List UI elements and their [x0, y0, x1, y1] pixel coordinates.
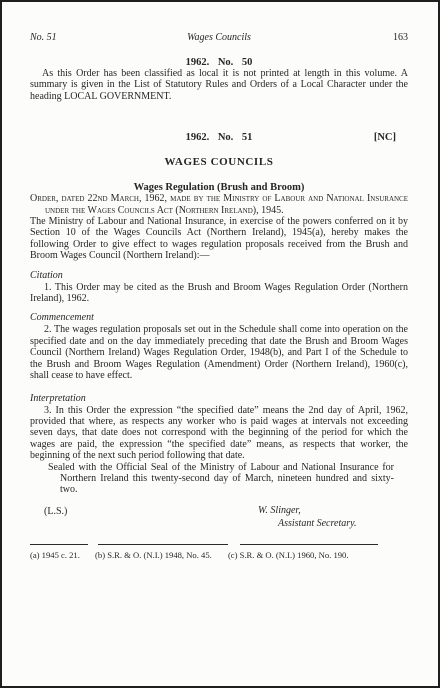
running-header-order-number: No. 51 — [30, 32, 125, 43]
seal-mark: (L.S.) — [44, 506, 67, 517]
order-subtitle: Wages Regulation (Brush and Broom) — [30, 182, 408, 193]
section-commencement: Commencement 2. The wages regulation pro… — [30, 312, 408, 381]
sealing-clause: Sealed with the Official Seal of the Min… — [30, 462, 408, 496]
nc-corner-mark: [NC] — [374, 132, 396, 143]
section-text-citation: 1. This Order may be cited as the Brush … — [30, 282, 408, 305]
order-heading: 1962. No. 51 — [30, 132, 408, 143]
footnote-separator — [30, 544, 408, 545]
section-heading-citation: Citation — [30, 270, 408, 282]
signature-block: W. Slinger, Assistant Secretary. — [258, 504, 357, 530]
signature-title: Assistant Secretary. — [258, 517, 357, 530]
section-citation: Citation 1. This Order may be cited as t… — [30, 270, 408, 305]
footnote-a: (a) 1945 c. 21. — [30, 550, 80, 560]
page-number: 163 — [314, 32, 409, 43]
signature-row: (L.S.) W. Slinger, Assistant Secretary. — [30, 504, 408, 540]
order-51-head: 1962. No. 51 [NC] WAGES COUNCILS Wages R… — [30, 132, 408, 193]
signature-name: W. Slinger, — [258, 504, 357, 517]
running-header: No. 51 Wages Councils 163 — [30, 32, 408, 43]
footnote-rule-1 — [30, 544, 88, 545]
page-content: No. 51 Wages Councils 163 1962. No. 50 A… — [2, 2, 438, 560]
section-text-interpretation: 3. In this Order the expression “the spe… — [30, 405, 408, 462]
order-heading-row: 1962. No. 51 [NC] — [30, 132, 408, 143]
order-title: WAGES COUNCILS — [30, 156, 408, 168]
running-header-title: Wages Councils — [125, 32, 314, 43]
order-preamble-citation: Order, dated 22nd March, 1962, made by t… — [30, 193, 408, 216]
section-heading-commencement: Commencement — [30, 312, 408, 324]
order-50-notice: 1962. No. 50 As this Order has been clas… — [30, 57, 408, 102]
order-preamble-body: The Ministry of Labour and National Insu… — [30, 216, 408, 262]
section-heading-interpretation: Interpretation — [30, 393, 408, 405]
document-page: No. 51 Wages Councils 163 1962. No. 50 A… — [0, 0, 440, 688]
section-interpretation: Interpretation 3. In this Order the expr… — [30, 393, 408, 462]
footnote-c: (c) S.R. & O. (N.I.) 1960, No. 190. — [228, 550, 349, 560]
notice-body: As this Order has been classified as loc… — [30, 68, 408, 102]
notice-heading: 1962. No. 50 — [30, 57, 408, 68]
footnote-rule-2 — [98, 544, 228, 545]
footnote-rule-3 — [240, 544, 378, 545]
section-text-commencement: 2. The wages regulation proposals set ou… — [30, 324, 408, 381]
footnote-b: (b) S.R. & O. (N.I.) 1948, No. 45. — [95, 550, 212, 560]
footnotes: (a) 1945 c. 21. (b) S.R. & O. (N.I.) 194… — [30, 550, 408, 560]
